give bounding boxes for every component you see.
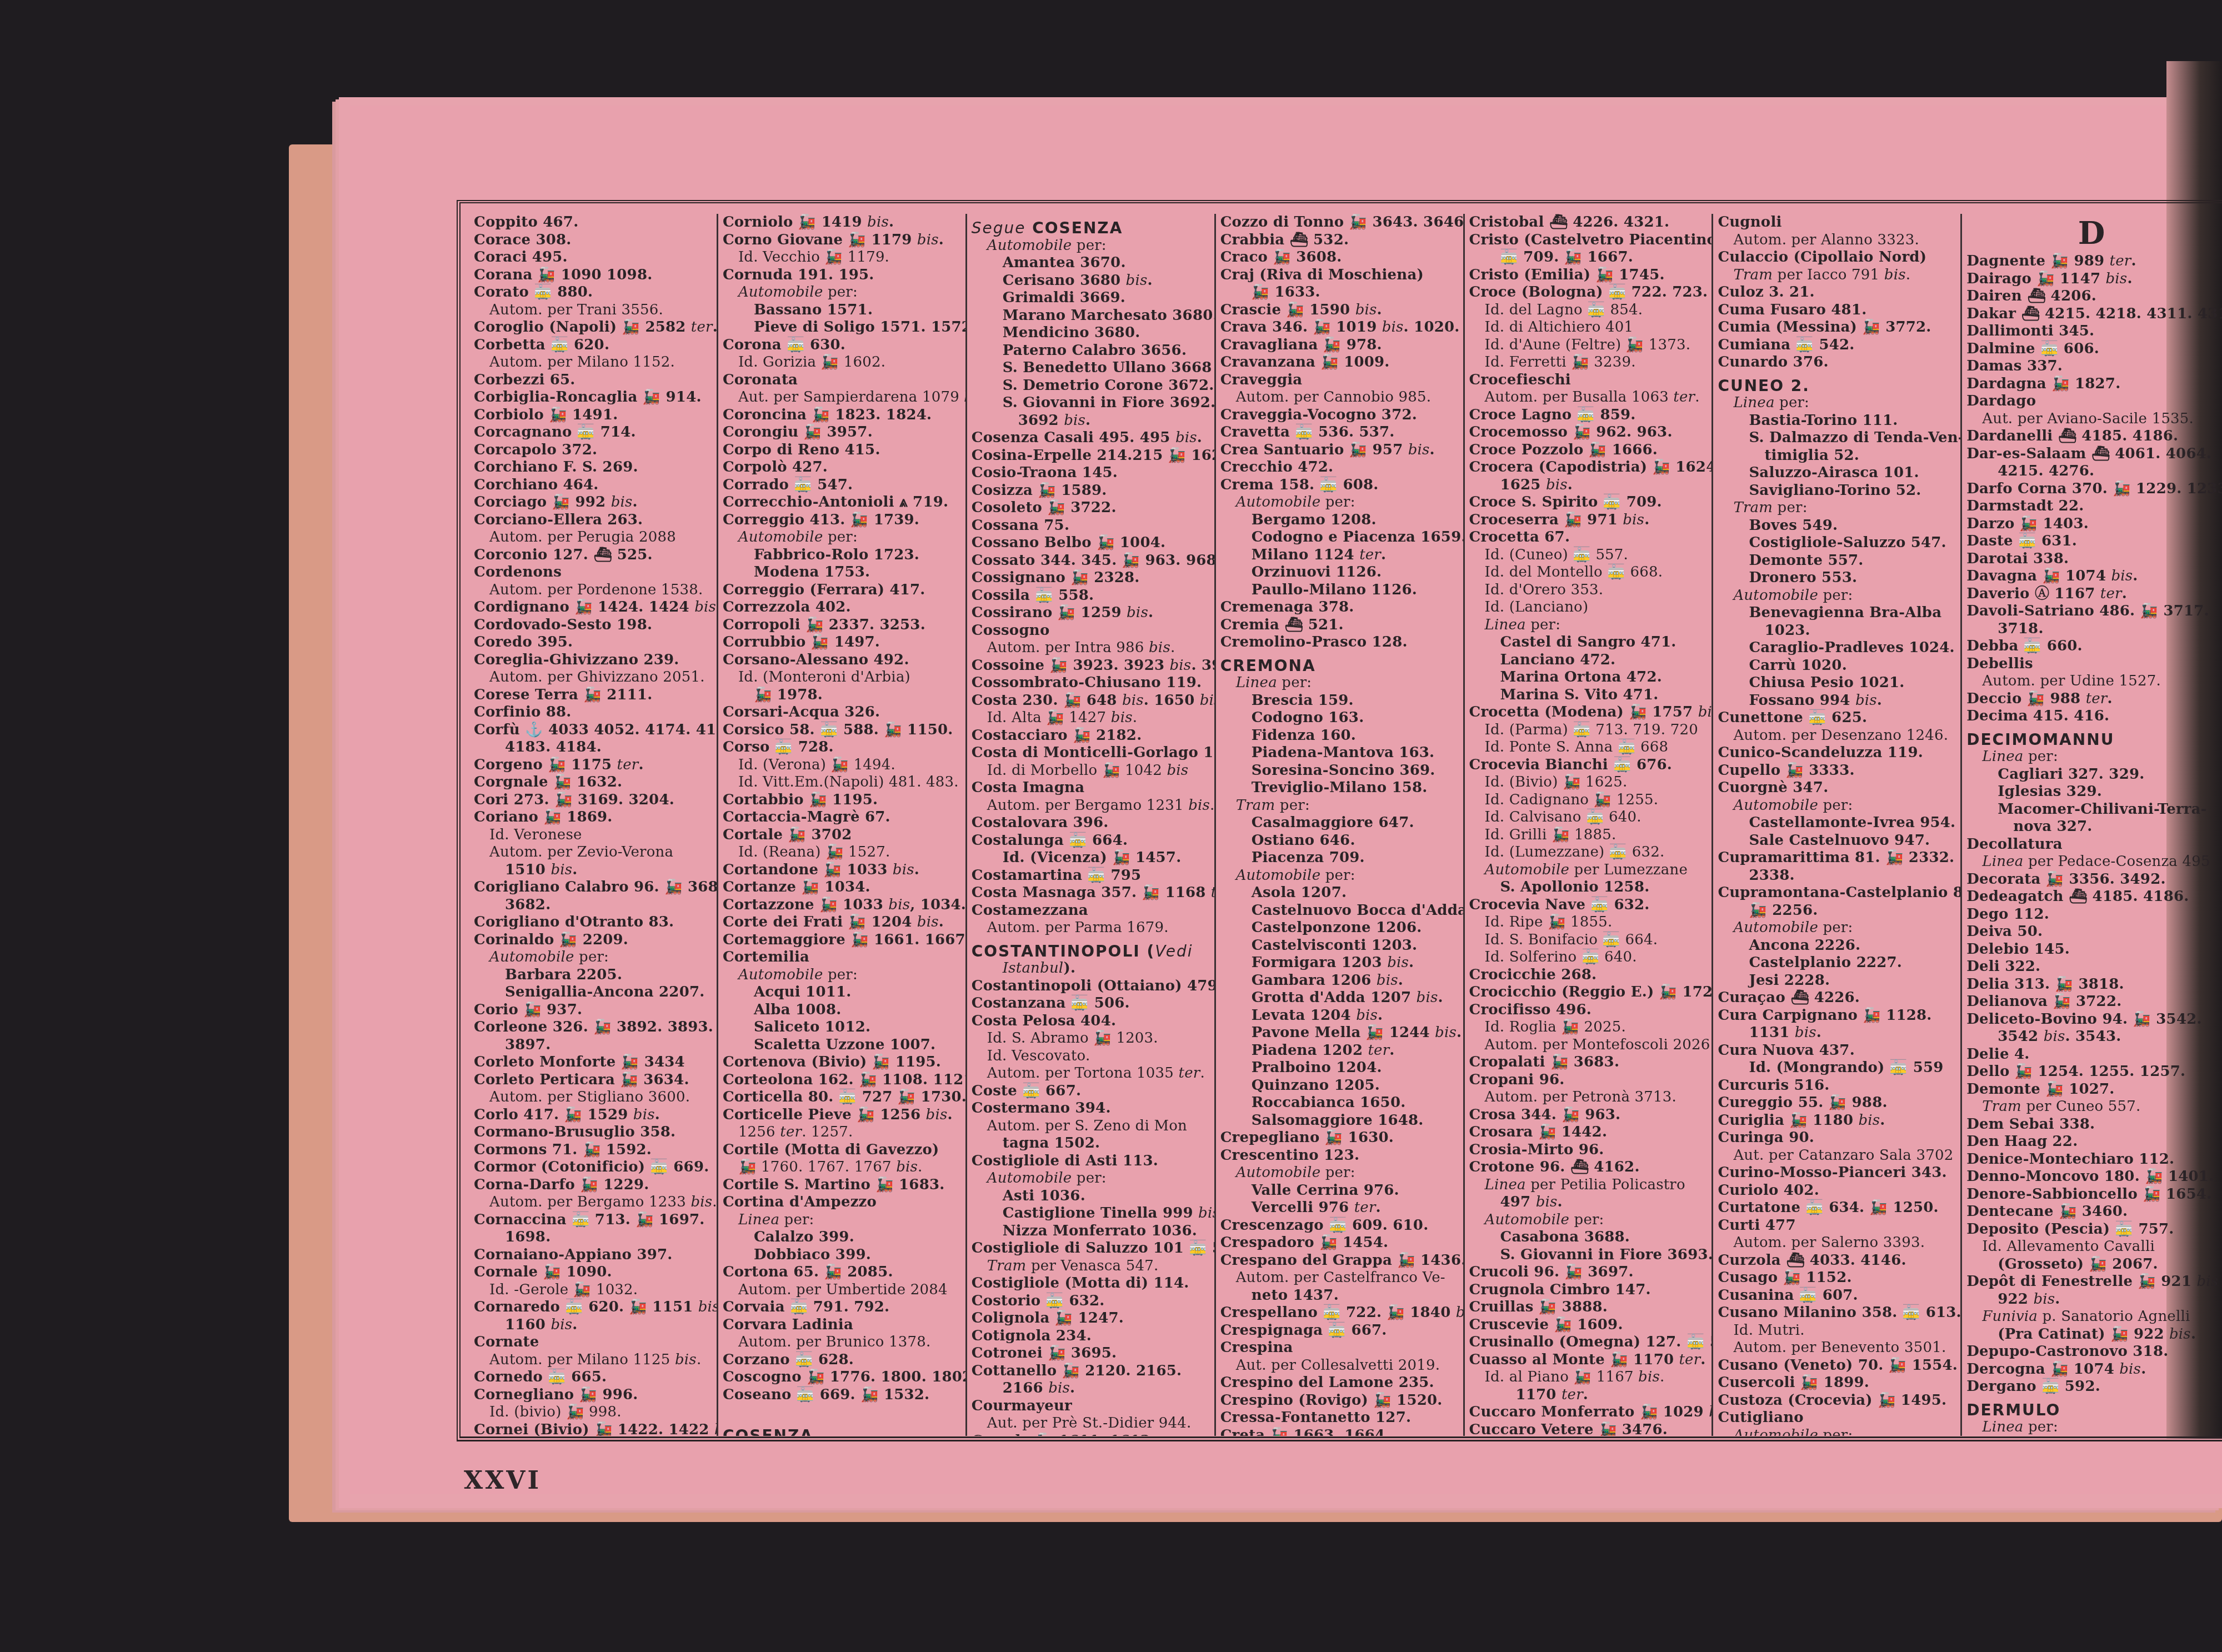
locomotive-icon: 🚂 <box>2051 253 2074 269</box>
index-entry: Cotronei 🚂 3695. <box>972 1345 1209 1363</box>
index-entry: Autom. per Bergamo 1233 bis. <box>474 1194 711 1212</box>
index-entry: Autom. per Cannobio 985. <box>1220 389 1458 407</box>
locomotive-icon: 🚂 <box>593 1019 617 1035</box>
index-entry: Corropoli 🚂 2337. 3253. <box>723 617 960 634</box>
locomotive-icon: 🚂 <box>2143 1186 2166 1203</box>
index-entry: Depôt di Fenestrelle 🚂 921 bis <box>1966 1273 2216 1291</box>
index-entry: Demonte 🚂 1027. <box>1966 1081 2216 1099</box>
index-entry: 2166 bis. <box>972 1380 1209 1398</box>
index-entry: Dego 112. <box>1966 906 2216 924</box>
index-entry: Autom. per Umbertide 2084 <box>723 1281 960 1299</box>
ship-icon: ⛴ <box>2021 306 2044 322</box>
tram-icon: 🚋 <box>1582 949 1604 965</box>
index-entry: Corchiano F. S. 269. <box>474 459 711 477</box>
tram-icon: 🚋 <box>794 477 817 493</box>
locomotive-icon: 🚂 <box>831 757 854 773</box>
index-entry: Dairen ⛴ 4206. <box>1966 288 2216 306</box>
index-entry: Segue COSENZA <box>972 219 1209 237</box>
index-entry: Corleto Perticara 🚂 3634. <box>474 1072 711 1089</box>
index-entry: Coroglio (Napoli) 🚂 2582 ter. <box>474 319 711 337</box>
locomotive-icon: 🚂 <box>824 1264 847 1280</box>
locomotive-icon: 🚂 <box>2133 1011 2156 1028</box>
index-entry: Crocemosso 🚂 962. 963. <box>1469 424 1706 442</box>
index-entry: Depupo-Castronovo 318. <box>1966 1343 2216 1361</box>
index-entry: Curiolo 402. <box>1718 1182 1955 1200</box>
index-entry: Piadena 1202 ter. <box>1220 1042 1458 1060</box>
index-entry: Cerisano 3680 bis. <box>972 272 1209 290</box>
tram-icon: 🚋 <box>1022 1083 1045 1099</box>
locomotive-icon: 🚂 <box>2036 271 2060 287</box>
tram-icon: 🚋 <box>577 424 600 440</box>
index-entry: Corfù ⚓ 4033 4052. 4174. 4178 <box>474 722 711 739</box>
index-entry <box>723 1404 960 1421</box>
index-entry: 3542 bis. 3543. <box>1966 1028 2216 1046</box>
index-entry: Cosio-Traona 145. <box>972 464 1209 482</box>
index-entry: CUNEO 2. <box>1718 377 1955 395</box>
index-entry: Cornaredo 🚋 620. 🚂 1151 bis, <box>474 1299 711 1316</box>
locomotive-icon: 🚂 <box>583 687 607 703</box>
index-entry: Corbiglia-Roncaglia 🚂 914. <box>474 389 711 407</box>
locomotive-icon: 🚂 <box>1800 1374 1824 1391</box>
tram-icon: 🚋 <box>1320 477 1343 493</box>
index-entry: Crocera (Capodistria) 🚂 1624 <box>1469 459 1706 477</box>
index-entry: Id. Gorizia 🚂 1602. <box>723 354 960 372</box>
locomotive-icon: 🚂 <box>1564 249 1588 266</box>
index-entry: Cormano-Brusuglio 358. <box>474 1124 711 1142</box>
locomotive-icon: 🚂 <box>1122 552 1145 569</box>
index-entry: Corticella 80. 🚋 727 🚂 1730. <box>723 1089 960 1107</box>
index-entry: Lanciano 472. <box>1469 652 1706 669</box>
index-entry: Bergamo 1208. <box>1220 512 1458 529</box>
ship-icon: ⛴ <box>2091 445 2115 462</box>
tram-icon: 🚋 <box>2115 1221 2139 1238</box>
index-entry: 1131 bis. <box>1718 1024 1955 1042</box>
index-entry: Cunettone 🚋 625. <box>1718 709 1955 727</box>
index-entry: Id. Mutri. <box>1718 1322 1955 1340</box>
index-entry: Corconio 127. ⛴ 525. <box>474 547 711 564</box>
index-entry: Autom. per Milano 1152. <box>474 354 711 372</box>
index-entry: Pralboino 1204. <box>1220 1059 1458 1077</box>
index-entry: Cumia (Messina) 🚂 3772. <box>1718 319 1955 337</box>
index-entry: Cossignano 🚂 2328. <box>972 569 1209 587</box>
locomotive-icon: 🚂 <box>2059 1203 2082 1220</box>
locomotive-icon: 🚂 <box>857 1107 880 1123</box>
index-entry: Costa di Monticelli-Gorlago 154 <box>972 744 1209 762</box>
index-entry: Fossano 994 bis. <box>1718 692 1955 710</box>
tram-icon: 🚋 <box>797 1386 820 1403</box>
locomotive-icon: 🚂 <box>621 1054 644 1070</box>
index-entry: D <box>1966 214 2216 253</box>
index-column-7: DDagnente 🚂 989 ter.Dairago 🚂 1147 bis.D… <box>1962 214 2222 1436</box>
index-entry: Dardago <box>1966 393 2216 411</box>
locomotive-icon: 🚂 <box>553 774 577 790</box>
index-entry: Automobile per: <box>1718 587 1955 605</box>
index-entry: Cutigliano <box>1718 1409 1955 1427</box>
index-entry: Automobile per Lumezzane <box>1469 862 1706 879</box>
index-entry: Corciago 🚂 992 bis. <box>474 494 711 512</box>
index-entry: Crocicchio (Reggio E.) 🚂 1725 <box>1469 984 1706 1002</box>
index-entry: Cordenons <box>474 564 711 582</box>
tram-icon: 🚋 <box>1686 1334 1710 1350</box>
index-entry: Aut. per Prè St.-Didier 944. <box>972 1415 1209 1433</box>
locomotive-icon: 🚂 <box>1571 354 1594 371</box>
index-entry: Linea per Pedace-Cosenza 495 <box>1966 853 2216 871</box>
index-entry: Crotone 96. ⛴ 4162. <box>1469 1159 1706 1177</box>
index-entry: Delebio 145. <box>1966 941 2216 959</box>
index-entry: Id. -Gerole 🚂 1032. <box>474 1281 711 1299</box>
index-entry: Cuccaro Monferrato 🚂 1029 bis. <box>1469 1404 1706 1421</box>
index-entry: Modena 1753. <box>723 564 960 582</box>
index-entry: 3718. <box>1966 620 2216 638</box>
locomotive-icon: 🚂 <box>1595 267 1619 283</box>
ship-icon: ⛴ <box>2069 888 2092 905</box>
index-entry: Corfinio 88. <box>474 704 711 722</box>
locomotive-icon: 🚂 <box>1749 902 1772 919</box>
index-entry: Corigliano Calabro 96. 🚂 3681. <box>474 879 711 897</box>
index-entry: Cortandone 🚂 1033 bis. <box>723 862 960 879</box>
index-entry: Automobile per: <box>723 967 960 984</box>
index-entry: Dalmine 🚋 606. <box>1966 341 2216 358</box>
locomotive-icon: 🚂 <box>872 1054 895 1070</box>
index-entry: Cosizza 🚂 1589. <box>972 482 1209 500</box>
index-entry: Autom. per Petronà 3713. <box>1469 1089 1706 1107</box>
index-entry: Casalmaggiore 647. <box>1220 814 1458 832</box>
index-entry: Corio 🚂 937. <box>474 1002 711 1019</box>
locomotive-icon: 🚂 <box>1325 1129 1348 1146</box>
locomotive-icon: 🚂 <box>1829 1094 1852 1111</box>
locomotive-icon: 🚂 <box>1048 1345 1071 1361</box>
locomotive-icon: 🚂 <box>2138 1273 2161 1290</box>
tram-icon: 🚋 <box>551 337 574 353</box>
index-entry: Paterno Calabro 3656. <box>972 342 1209 360</box>
index-entry: Aut. per Aviano-Sacile 1535. <box>1966 411 2216 428</box>
index-entry: Dobbiaco 399. <box>723 1246 960 1264</box>
index-entry: Linea per: <box>1966 1419 2216 1436</box>
index-entry: Salsomaggiore 1648. <box>1220 1112 1458 1130</box>
index-entry: 🚂 2256. <box>1718 902 1955 920</box>
tram-icon: 🚋 <box>1573 547 1595 563</box>
index-entry: Id. Ponte S. Anna 🚋 668 <box>1469 739 1706 757</box>
index-entry: Cunardo 376. <box>1718 354 1955 372</box>
locomotive-icon: 🚂 <box>543 809 567 825</box>
index-entry: Tram per: <box>1220 797 1458 815</box>
locomotive-icon: 🚂 <box>580 1177 603 1193</box>
index-entry: Id. al Piano 🚂 1167 bis. <box>1469 1369 1706 1386</box>
index-entry: Nizza Monferrato 1036. <box>972 1223 1209 1240</box>
locomotive-icon: 🚂 <box>1659 984 1683 1000</box>
index-entry: Castelplanio 2227. <box>1718 954 1955 972</box>
index-entry: Costalovara 396. <box>972 814 1209 832</box>
locomotive-icon: 🚂 <box>859 1072 882 1088</box>
index-entry: Autom. per Brunico 1378. <box>723 1334 960 1351</box>
index-entry: Cura Nuova 437. <box>1718 1042 1955 1060</box>
index-entry: Id. (Lumezzane) 🚋 632. <box>1469 844 1706 862</box>
index-entry: Coreglia-Ghivizzano 239. <box>474 652 711 669</box>
index-entry: Cornaccina 🚋 713. 🚂 1697. <box>474 1212 711 1229</box>
locomotive-icon: 🚂 <box>809 792 832 808</box>
index-entry: Automobile per: <box>1220 494 1458 512</box>
locomotive-icon: 🚂 <box>635 1212 659 1228</box>
tram-icon: 🚋 <box>1796 337 1819 353</box>
index-entry: Corbetta 🚋 620. <box>474 337 711 354</box>
index-entry: S. Giovanni in Fiore 3692. <box>972 394 1209 412</box>
index-entry: Piacenza 709. <box>1220 849 1458 867</box>
locomotive-icon: 🚂 <box>1273 249 1296 266</box>
index-entry: Costigliole-Saluzzo 547. <box>1718 534 1955 552</box>
index-entry: Curzola ⛴ 4033. 4146. <box>1718 1252 1955 1270</box>
index-entry: Autom. per Stigliano 3600. <box>474 1089 711 1107</box>
index-entry: Cossoine 🚂 3923. 3923 bis. 3924. <box>972 657 1209 675</box>
index-entry: Milano 1124 ter. <box>1220 547 1458 564</box>
index-entry: Corinaldo 🚂 2209. <box>474 932 711 949</box>
index-column-2: Corniolo 🚂 1419 bis.Corno Giovane 🚂 1179… <box>718 214 967 1436</box>
index-entry: Bassano 1571. <box>723 302 960 319</box>
page-number: XXVI <box>464 1466 541 1495</box>
index-entry: Automobile per: <box>1718 1427 1955 1436</box>
locomotive-icon: 🚂 <box>798 214 822 231</box>
index-entry: Curti 477 <box>1718 1217 1955 1235</box>
index-entry: Damas 337. <box>1966 358 2216 376</box>
index-entry: Mendicino 3680. <box>972 324 1209 342</box>
index-entry: Corrubbio 🚂 1497. <box>723 634 960 652</box>
index-entry: Costamartina 🚋 795 <box>972 867 1209 885</box>
index-entry: Courmayeur <box>972 1398 1209 1415</box>
index-entry: Id. Grilli 🚂 1885. <box>1469 827 1706 844</box>
index-entry: Casabona 3688. <box>1469 1229 1706 1246</box>
locomotive-icon: 🚂 <box>622 319 645 336</box>
index-entry: Crespina <box>1220 1339 1458 1357</box>
index-entry: Valle Cerrina 976. <box>1220 1182 1458 1200</box>
tram-icon: 🚋 <box>1323 1304 1346 1321</box>
locomotive-icon: 🚂 <box>2015 1063 2038 1080</box>
tram-icon: 🚋 <box>1500 249 1524 266</box>
locomotive-icon: 🚂 <box>1562 1107 1585 1123</box>
index-entry: Dem Sebai 338. <box>1966 1116 2216 1134</box>
index-entry: Crocevia Bianchi 🚋 676. <box>1469 757 1706 774</box>
index-entry: Iglesias 329. <box>1966 783 2216 801</box>
locomotive-icon: 🚂 <box>819 897 843 913</box>
index-entry: Corbiolo 🚂 1491. <box>474 407 711 424</box>
locomotive-icon: 🚂 <box>1320 354 1344 371</box>
index-entry: Cortile (Motta di Gavezzo) <box>723 1142 960 1159</box>
locomotive-icon: 🚂 <box>564 1107 588 1123</box>
index-entry: Corlo 417. 🚂 1529 bis. <box>474 1107 711 1124</box>
index-entry: Croce Pozzolo 🚂 1666. <box>1469 442 1706 459</box>
locomotive-icon: 🚂 <box>1063 692 1087 709</box>
index-entry: Culoz 3. 21. <box>1718 284 1955 302</box>
index-entry: Tram per Cuneo 557. <box>1966 1098 2216 1116</box>
index-entry: Cureggio 55. 🚂 988. <box>1718 1094 1955 1112</box>
index-entry: Cosoleto 🚂 3722. <box>972 499 1209 517</box>
index-entry: Costamezzana <box>972 902 1209 920</box>
index-entry: Id. (Lanciano) <box>1469 599 1706 617</box>
index-entry: Amantea 3670. <box>972 254 1209 272</box>
index-entry: Linea per: <box>1469 617 1706 634</box>
locomotive-icon: 🚂 <box>1035 1433 1059 1436</box>
index-entry: Aut. per Catanzaro Sala 3702 <box>1718 1147 1955 1165</box>
index-entry: Autom. per Intra 986 bis. <box>972 639 1209 657</box>
locomotive-icon: 🚂 <box>1055 1310 1078 1326</box>
locomotive-icon: 🚂 <box>1538 1124 1562 1140</box>
index-entry: Deliceto-Bovino 94. 🚂 3542. <box>1966 1011 2216 1029</box>
locomotive-icon: 🚂 <box>2042 568 2065 584</box>
tram-icon: 🚋 <box>1903 1304 1926 1321</box>
index-entry: Dergano 🚋 592. <box>1966 1378 2216 1396</box>
locomotive-icon: 🚂 <box>1552 827 1574 843</box>
index-entry: Crava 346. 🚂 1019 bis. 1020. <box>1220 319 1458 337</box>
index-entry: Cupramontana-Castelplanio 87. <box>1718 884 1955 902</box>
index-entry: Costigliole (Motta di) 114. <box>972 1275 1209 1293</box>
locomotive-icon: 🚂 <box>848 914 872 930</box>
index-entry: Darotai 338. <box>1966 550 2216 568</box>
index-entry: Id. (Parma) 🚋 713. 719. 720 <box>1469 722 1706 739</box>
locomotive-icon: 🚂 <box>1349 442 1373 458</box>
locomotive-icon: 🚂 <box>1862 319 1885 336</box>
index-entry: Crugnola Cimbro 147. <box>1469 1281 1706 1299</box>
locomotive-icon: 🚂 <box>559 932 583 948</box>
index-entry: Cusano (Veneto) 70. 🚂 1554. <box>1718 1357 1955 1375</box>
index-entry: 1625 bis. <box>1469 477 1706 494</box>
locomotive-icon: 🚂 <box>543 1264 567 1280</box>
index-entry: Cori 273. 🚂 3169. 3204. <box>474 792 711 809</box>
ship-icon: ⛴ <box>1290 232 1313 248</box>
locomotive-icon: 🚂 <box>566 1404 589 1420</box>
locomotive-icon: 🚂 <box>1349 214 1373 231</box>
index-entry: Levata 1204 bis. <box>1220 1007 1458 1025</box>
ship-icon: ⛴ <box>1549 214 1573 231</box>
index-entry: Cormons 71. 🚂 1592. <box>474 1142 711 1159</box>
index-entry: Corese Terra 🚂 2111. <box>474 687 711 704</box>
index-entry: Orzinuovi 1126. <box>1220 564 1458 582</box>
locomotive-icon: 🚂 <box>812 407 835 423</box>
index-entry: 1160 bis. <box>474 1316 711 1334</box>
tram-icon: 🚋 <box>548 1369 571 1385</box>
locomotive-icon: 🚂 <box>1062 1363 1085 1379</box>
index-entry: Crespano del Grappa 🚂 1436. <box>1220 1252 1458 1270</box>
index-entry: COSENZA <box>723 1427 960 1436</box>
index-entry: Cordignano 🚂 1424. 1424 bis. <box>474 599 711 617</box>
index-entry: Cortabbio 🚂 1195. <box>723 792 960 809</box>
index-entry: Automobile per: <box>723 529 960 547</box>
tram-icon: 🚋 <box>1035 587 1058 604</box>
index-entry: Custoza (Crocevia) 🚂 1495. <box>1718 1392 1955 1410</box>
index-entry: Corsari-Acqua 326. <box>723 704 960 722</box>
index-entry: Cristobal ⛴ 4226. 4321. <box>1469 214 1706 232</box>
locomotive-icon: 🚂 <box>1539 1299 1562 1315</box>
locomotive-icon: 🚂 <box>1550 1054 1574 1070</box>
index-entry: Darfo Corna 370. 🚂 1229. 1233 bis <box>1966 480 2216 498</box>
index-entry: Castelponzone 1206. <box>1220 919 1458 937</box>
index-entry: Cura Carpignano 🚂 1128. <box>1718 1007 1955 1025</box>
index-entry: Macomer-Chilivani-Terra- <box>1966 801 2216 819</box>
index-entry: Id. del Lagno 🚋 854. <box>1469 302 1706 319</box>
locomotive-icon: 🚂 <box>738 1159 761 1175</box>
index-entry: Crepegliano 🚂 1630. <box>1220 1129 1458 1147</box>
index-entry: Delianova 🚂 3722. <box>1966 993 2216 1011</box>
index-entry: COSTANTINOPOLI (Vedi <box>972 943 1209 960</box>
index-entry: Crosa 344. 🚂 963. <box>1469 1107 1706 1124</box>
index-entry: Id. Allevamento Cavalli <box>1966 1238 2216 1256</box>
index-entry: Corsico 58. 🚋 588. 🚂 1150. <box>723 722 960 739</box>
locomotive-icon: 🚂 <box>554 792 578 808</box>
index-entry: Automobile per: <box>1220 1164 1458 1182</box>
index-entry: Autom. per Tortona 1035 ter. <box>972 1065 1209 1083</box>
locomotive-icon: 🚂 <box>884 722 907 738</box>
locomotive-icon: 🚂 <box>573 1281 596 1298</box>
index-entry: Croce Lagno 🚋 859. <box>1469 407 1706 424</box>
index-entry: Id. Roglia 🚂 2025. <box>1469 1019 1706 1037</box>
locomotive-icon: 🚂 <box>1652 459 1675 475</box>
index-entry: Cruscevie 🚂 1609. <box>1469 1316 1706 1334</box>
index-entry: Crosara 🚂 1442. <box>1469 1124 1706 1142</box>
index-entry: Davagna 🚂 1074 bis. <box>1966 568 2216 585</box>
index-entry: Dar-es-Salaam ⛴ 4061. 4064. <box>1966 445 2216 463</box>
tram-icon: 🚋 <box>1808 709 1831 726</box>
locomotive-icon: 🚂 <box>629 1299 653 1315</box>
index-entry: Dentecane 🚂 3460. <box>1966 1203 2216 1221</box>
locomotive-icon: 🚂 <box>1564 512 1587 528</box>
index-entry: Cusano Milanino 358. 🚋 613. 614 <box>1718 1304 1955 1322</box>
locomotive-icon: 🚂 <box>1323 337 1347 353</box>
index-entry: Funivia p. Sanatorio Agnelli <box>1966 1308 2216 1326</box>
index-entry: Corona 🚋 630. <box>723 337 960 354</box>
index-entry: 🚂 1633. <box>1220 284 1458 302</box>
index-entry: Coste 🚋 667. <box>972 1083 1209 1100</box>
index-entry: 4215. 4276. <box>1966 463 2216 480</box>
index-entry: Dronero 553. <box>1718 569 1955 587</box>
index-entry: Cupramarittima 81. 🚂 2332. <box>1718 849 1955 867</box>
index-entry: Cuma Fusaro 481. <box>1718 302 1955 319</box>
index-entry: Autom. per Busalla 1063 ter. <box>1469 389 1706 407</box>
locomotive-icon: 🚂 <box>754 687 777 703</box>
index-entry: Crespino (Rovigo) 🚂 1520. <box>1220 1392 1458 1410</box>
locomotive-icon: 🚂 <box>1629 704 1652 720</box>
index-entry: Cortenova (Bivio) 🚂 1195. <box>723 1054 960 1072</box>
index-entry: Cristo (Castelvetro Piacentino) <box>1469 232 1706 249</box>
index-entry: Id. Calvisano 🚋 640. <box>1469 809 1706 827</box>
index-entry: Crespellano 🚋 722. 🚂 1840 bis <box>1220 1304 1458 1322</box>
tram-icon: 🚋 <box>1603 932 1625 948</box>
index-entry: Cuccaro Vetere 🚂 3476. <box>1469 1421 1706 1436</box>
index-entry: Autom. per Pordenone 1538. <box>474 582 711 599</box>
index-entry: Denore-Sabbioncello 🚂 1654. <box>1966 1186 2216 1204</box>
tram-icon: 🚋 <box>534 284 557 301</box>
index-entry: 1510 bis. <box>474 862 711 879</box>
index-entry: Id. Veronese <box>474 827 711 844</box>
index-entry: Dello 🚂 1254. 1255. 1257. <box>1966 1063 2216 1081</box>
locomotive-icon: 🚂 <box>850 932 874 948</box>
locomotive-icon: 🚂 <box>1047 499 1070 516</box>
index-entry: 1170 ter. <box>1469 1386 1706 1404</box>
ship-icon: ⛴ <box>1790 989 1814 1006</box>
index-entry: Cumiana 🚋 542. <box>1718 337 1955 354</box>
index-entry: Debba 🚋 660. <box>1966 638 2216 655</box>
index-entry: Cravanzana 🚂 1009. <box>1220 354 1458 372</box>
index-entry: Cravagliana 🚂 978. <box>1220 337 1458 354</box>
tram-icon: 🚋 <box>1613 757 1637 773</box>
locomotive-icon: 🚂 <box>1599 1421 1622 1436</box>
index-entry: Treviglio-Milano 158. <box>1220 779 1458 797</box>
locomotive-icon: 🚂 <box>2113 480 2136 497</box>
index-entry: Id. Vitt.Em.(Napoli) 481. 483. <box>723 774 960 792</box>
index-entry: Curtatone 🚋 634. 🚂 1250. <box>1718 1199 1955 1217</box>
index-entry: Craveggia-Vocogno 372. <box>1220 407 1458 424</box>
index-entry: 🚂 1978. <box>723 687 960 704</box>
index-entry: Autom. per Bergamo 1231 bis. <box>972 797 1209 815</box>
index-entry: Crascie 🚂 1590 bis. <box>1220 302 1458 319</box>
tram-icon: 🚋 <box>650 1159 673 1175</box>
locomotive-icon: 🚂 <box>1070 569 1094 586</box>
